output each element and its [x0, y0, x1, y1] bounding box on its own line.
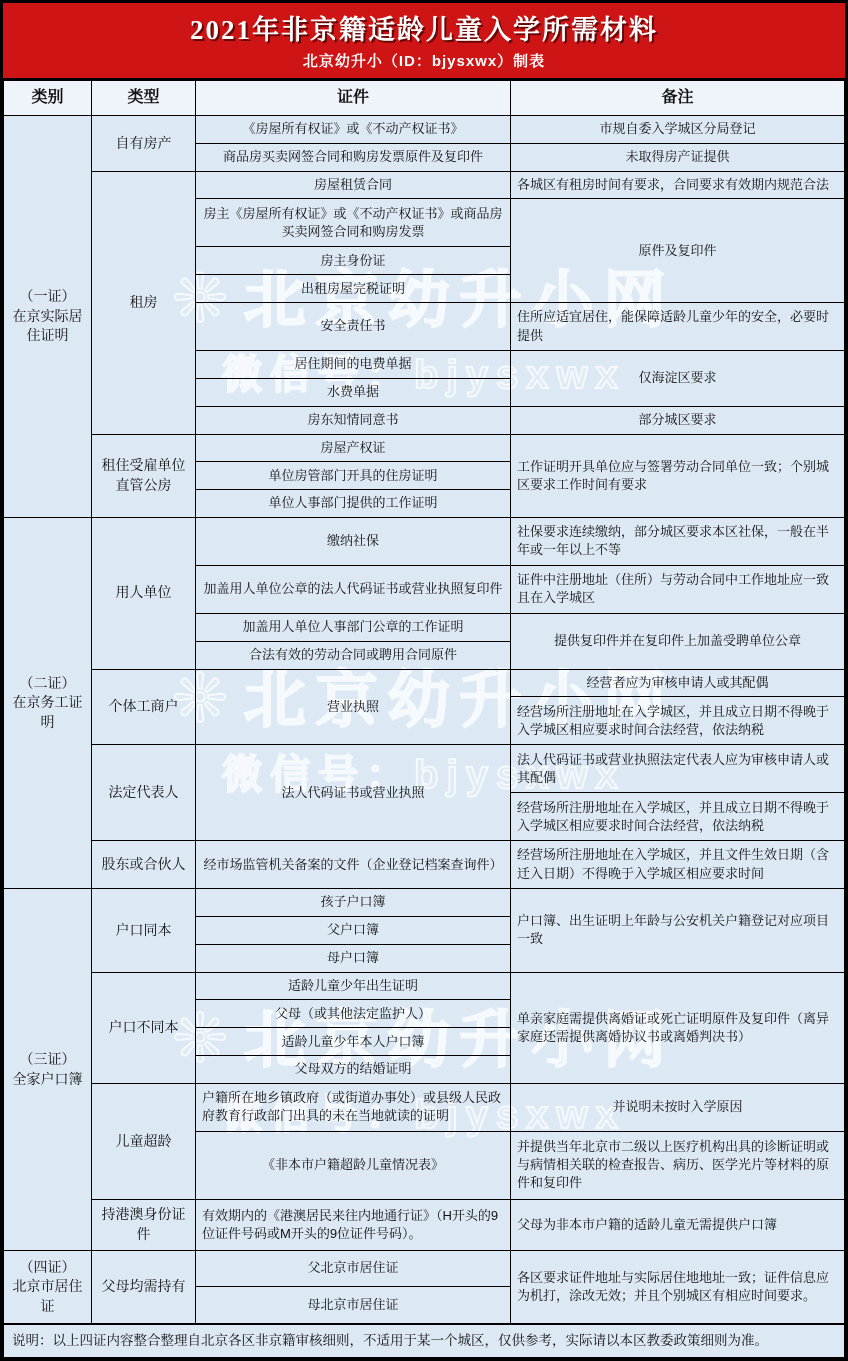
document-cell: 单位房管部门开具的住房证明: [196, 462, 511, 490]
table-row: 户口不同本适龄儿童少年出生证明单亲家庭需提供离婚证或死亡证明原件及复印件（离异家…: [4, 972, 845, 1000]
table-row: 个体工商户营业执照经营者应为审核申请人或其配偶: [4, 669, 845, 697]
document-cell: 居住期间的电费单据: [196, 351, 511, 379]
note-cell: 部分城区要求: [511, 406, 845, 434]
document-cell: 《非本市户籍超龄儿童情况表》: [196, 1131, 511, 1199]
type-cell: 法定代表人: [92, 745, 196, 841]
table-row: 儿童超龄户籍所在地乡镇政府（或街道办事处）或县级人民政府教育行政部门出具的未在当…: [4, 1083, 845, 1131]
column-header-document: 证件: [196, 81, 511, 116]
table-header: 2021年非京籍适龄儿童入学所需材料 北京幼升小（ID：bjysxwx）制表: [3, 3, 845, 80]
document-cell: 法人代码证书或营业执照: [196, 745, 511, 841]
note-cell: 未取得房产证提供: [511, 143, 845, 171]
table-row: 持港澳身份证件有效期内的《港澳居民来往内地通行证》（H开头的9位证件号码或M开头…: [4, 1199, 845, 1250]
table-row: （四证）北京市居住证父母均需持有父北京市居住证各区要求证件地址与实际居住地地址一…: [4, 1250, 845, 1286]
table-row: （二证）在京务工证明用人单位缴纳社保社保要求连续缴纳，部分城区要求本区社保，一般…: [4, 517, 845, 565]
note-cell: 并提供当年北京市二级以上医疗机构出具的诊断证明或与病情相关联的检查报告、病历、医…: [511, 1131, 845, 1199]
table-row: 股东或合伙人经市场监管机关备案的文件（企业登记档案查询件）经营场所注册地址在入学…: [4, 841, 845, 889]
note-cell: 经营者应为审核申请人或其配偶: [511, 669, 845, 697]
footer-note: 说明：以上四证内容整合整理自北京各区非京籍审核细则，不适用于某一个城区，仅供参考…: [4, 1324, 845, 1358]
table-row: （三证）全家户口簿户口同本孩子户口簿户口簿、出生证明上年龄与公安机关户籍登记对应…: [4, 889, 845, 917]
document-cell: 父户口簿: [196, 916, 511, 944]
type-cell: 股东或合伙人: [92, 841, 196, 889]
note-cell: 单亲家庭需提供离婚证或死亡证明原件及复印件（离异家庭还需提供离婚协议书或离婚判决…: [511, 972, 845, 1083]
page-title: 2021年非京籍适龄儿童入学所需材料: [3, 8, 845, 47]
document-cell: 父母双方的结婚证明: [196, 1056, 511, 1084]
note-cell: 经营场所注册地址在入学城区，并且成立日期不得晚于入学城区相应要求时间合法经营，依…: [511, 697, 845, 745]
document-cell: 房主《房屋所有权证》或《不动产权证书》或商品房买卖网签合同和购房发票: [196, 199, 511, 247]
document-cell: 房东知情同意书: [196, 406, 511, 434]
table-row: 租房房屋租赁合同各城区有租房时间有要求，合同要求有效期内规范合法: [4, 171, 845, 199]
note-cell: 社保要求连续缴纳，部分城区要求本区社保，一般在半年或一年以上不等: [511, 517, 845, 565]
category-cell: （二证）在京务工证明: [4, 517, 92, 888]
note-cell: 工作证明开具单位应与签署劳动合同单位一致；个别城区要求工作时间有要求: [511, 434, 845, 517]
column-header-type: 类型: [92, 81, 196, 116]
note-cell: 住所应适宜居住，能保障适龄儿童少年的安全，必要时提供: [511, 303, 845, 351]
document-cell: 《房屋所有权证》或《不动产权证书》: [196, 116, 511, 144]
category-cell: （一证）在京实际居住证明: [4, 116, 92, 518]
category-cell: （三证）全家户口簿: [4, 889, 92, 1251]
table-row: （一证）在京实际居住证明自有房产《房屋所有权证》或《不动产权证书》市规自委入学城…: [4, 116, 845, 144]
note-cell: 并说明未按时入学原因: [511, 1083, 845, 1131]
document-cell: 母北京市居住证: [196, 1287, 511, 1324]
note-cell: 提供复印件并在复印件上加盖受聘单位公章: [511, 613, 845, 669]
document-cell: 母户口簿: [196, 944, 511, 972]
table-row: 租住受雇单位直管公房房屋产权证工作证明开具单位应与签署劳动合同单位一致；个别城区…: [4, 434, 845, 462]
table-row: 法定代表人法人代码证书或营业执照法人代码证书或营业执照法定代表人应为审核申请人或…: [4, 745, 845, 793]
document-cell: 房屋租赁合同: [196, 171, 511, 199]
document-cell: 合法有效的劳动合同或聘用合同原件: [196, 641, 511, 669]
column-header-category: 类别: [4, 81, 92, 116]
note-cell: 法人代码证书或营业执照法定代表人应为审核申请人或其配偶: [511, 745, 845, 793]
document-cell: 出租房屋完税证明: [196, 275, 511, 303]
document-cell: 适龄儿童少年本人户口簿: [196, 1028, 511, 1056]
document-cell: 有效期内的《港澳居民来往内地通行证》（H开头的9位证件号码或M开头的9位证件号码…: [196, 1199, 511, 1250]
document-cell: 适龄儿童少年出生证明: [196, 972, 511, 1000]
document-cell: 加盖用人单位公章的法人代码证书或营业执照复印件: [196, 565, 511, 613]
note-cell: 经营场所注册地址在入学城区，并且成立日期不得晚于入学城区相应要求时间合法经营，依…: [511, 793, 845, 841]
type-cell: 户口不同本: [92, 972, 196, 1083]
document-cell: 安全责任书: [196, 303, 511, 351]
type-cell: 儿童超龄: [92, 1083, 196, 1199]
page-subtitle: 北京幼升小（ID：bjysxwx）制表: [3, 50, 845, 71]
note-cell: 仅海淀区要求: [511, 351, 845, 407]
document-cell: 缴纳社保: [196, 517, 511, 565]
type-cell: 个体工商户: [92, 669, 196, 745]
note-cell: 市规自委入学城区分局登记: [511, 116, 845, 144]
footer-row: 说明：以上四证内容整合整理自北京各区非京籍审核细则，不适用于某一个城区，仅供参考…: [4, 1324, 845, 1358]
column-header-row: 类别 类型 证件 备注: [4, 81, 845, 116]
table-wrapper: ❊北京幼升小网 微信号：bjysxwx ❊北京幼升小网 微信号：bjysxwx …: [3, 80, 845, 1358]
document-cell: 商品房买卖网签合同和购房发票原件及复印件: [196, 143, 511, 171]
document-cell: 父母（或其他法定监护人）: [196, 1000, 511, 1028]
note-cell: 各城区有租房时间有要求，合同要求有效期内规范合法: [511, 171, 845, 199]
type-cell: 租住受雇单位直管公房: [92, 434, 196, 517]
document-cell: 父北京市居住证: [196, 1250, 511, 1286]
type-cell: 父母均需持有: [92, 1250, 196, 1324]
type-cell: 用人单位: [92, 517, 196, 669]
type-cell: 户口同本: [92, 889, 196, 972]
document-cell: 水费单据: [196, 378, 511, 406]
note-cell: 父母为非本市户籍的适龄儿童无需提供户口簿: [511, 1199, 845, 1250]
document-cell: 房屋产权证: [196, 434, 511, 462]
note-cell: 户口簿、出生证明上年龄与公安机关户籍登记对应项目一致: [511, 889, 845, 972]
type-cell: 租房: [92, 171, 196, 434]
category-cell: （四证）北京市居住证: [4, 1250, 92, 1324]
column-header-note: 备注: [511, 81, 845, 116]
document-cell: 单位人事部门提供的工作证明: [196, 490, 511, 518]
type-cell: 持港澳身份证件: [92, 1199, 196, 1250]
note-cell: 经营场所注册地址在入学城区，并且文件生效日期（含迁入日期）不得晚于入学城区相应要…: [511, 841, 845, 889]
document-cell: 营业执照: [196, 669, 511, 745]
materials-table: 类别 类型 证件 备注 （一证）在京实际居住证明自有房产《房屋所有权证》或《不动…: [3, 80, 845, 1358]
document-cell: 户籍所在地乡镇政府（或街道办事处）或县级人民政府教育行政部门出具的未在当地就读的…: [196, 1083, 511, 1131]
materials-table-body: （一证）在京实际居住证明自有房产《房屋所有权证》或《不动产权证书》市规自委入学城…: [4, 116, 845, 1325]
document-cell: 加盖用人单位人事部门公章的工作证明: [196, 613, 511, 641]
document-cell: 孩子户口簿: [196, 889, 511, 917]
note-cell: 各区要求证件地址与实际居住地地址一致；证件信息应为机打，涂改无效；并且个别城区有…: [511, 1250, 845, 1324]
type-cell: 自有房产: [92, 116, 196, 172]
note-cell: 原件及复印件: [511, 199, 845, 303]
note-cell: 证件中注册地址（住所）与劳动合同中工作地址应一致且在入学城区: [511, 565, 845, 613]
document-cell: 房主身份证: [196, 247, 511, 275]
document-cell: 经市场监管机关备案的文件（企业登记档案查询件）: [196, 841, 511, 889]
page: 2021年非京籍适龄儿童入学所需材料 北京幼升小（ID：bjysxwx）制表 ❊…: [0, 0, 848, 1361]
